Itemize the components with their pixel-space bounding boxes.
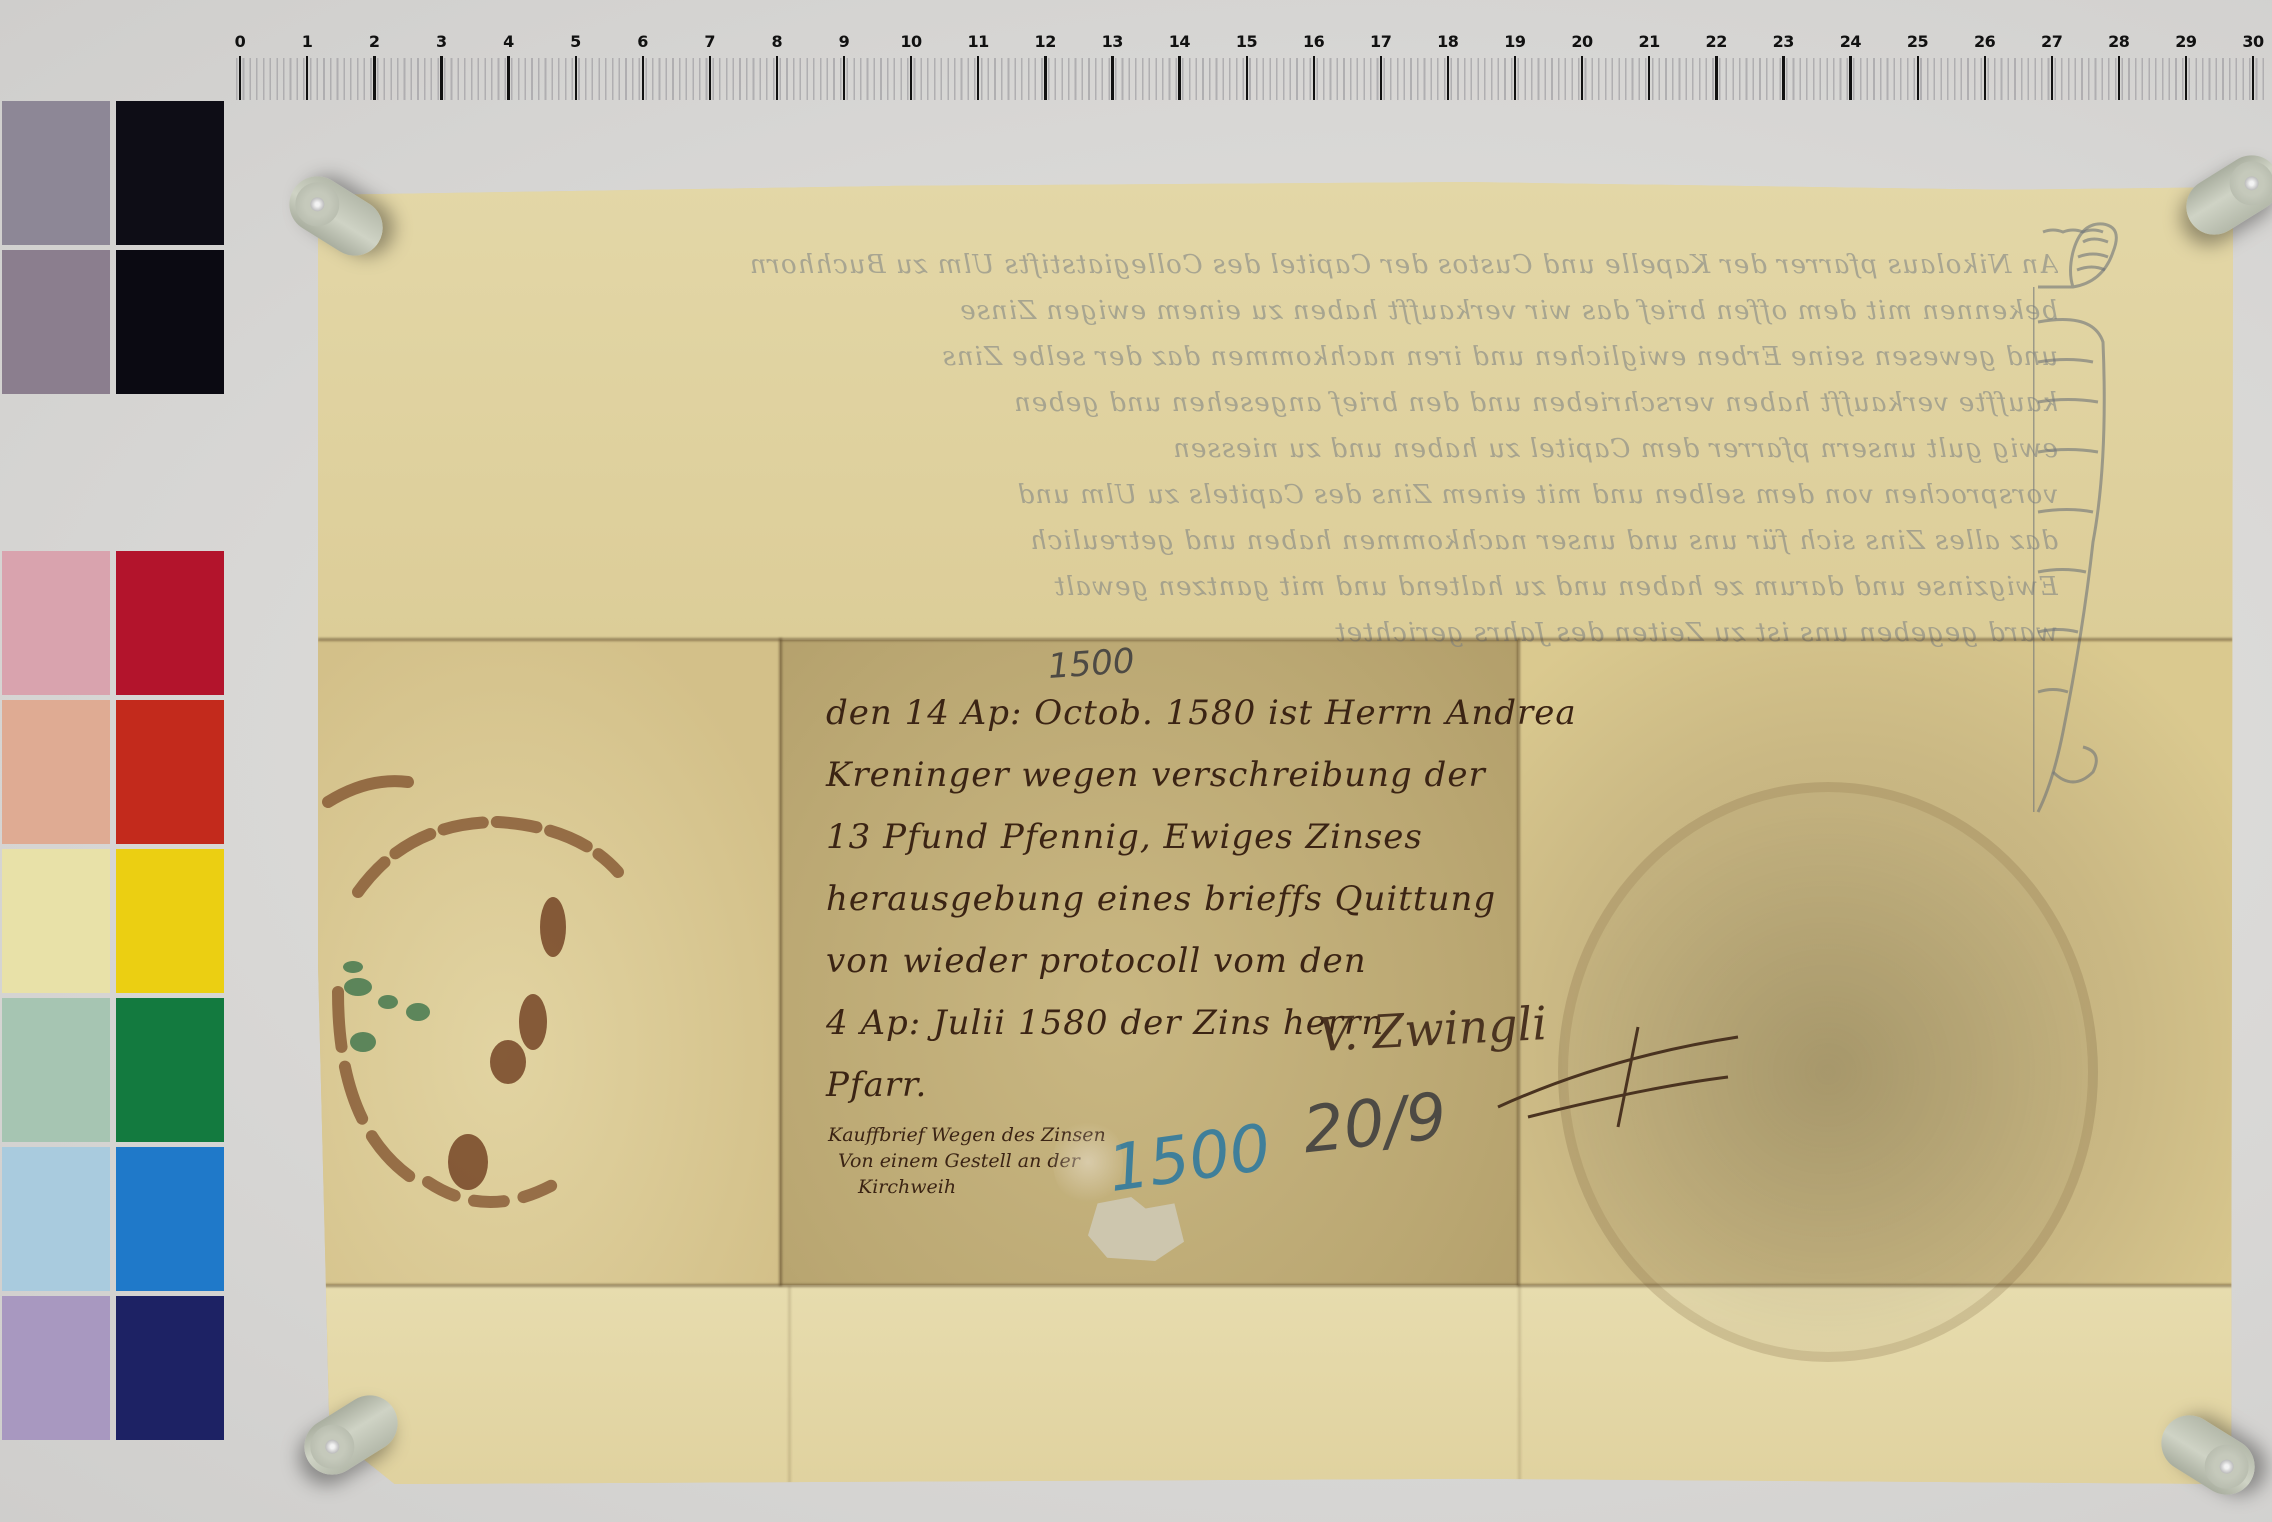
year-note: 1500 — [1047, 641, 1136, 687]
ruler-label: 24 — [1840, 32, 1861, 51]
ruler-label: 5 — [570, 32, 581, 51]
docket-line: Von einem Gestell an der — [838, 1148, 1080, 1174]
ruler-major-tick — [1917, 56, 1919, 100]
mirrored-line: daz alles Zins sich für uns und unser na… — [338, 518, 2058, 564]
endorsement-line: 4 Ap: Julii 1580 der Zins herrn — [826, 992, 1384, 1054]
color-swatch-crimson — [116, 551, 224, 695]
ruler-label: 9 — [839, 32, 850, 51]
mirrored-line: vorsprochen von dem selben und mit einem… — [338, 472, 2058, 518]
measuring-scale: 0123456789101112131415161718192021222324… — [228, 28, 2272, 104]
color-swatch-blue-light — [2, 1147, 110, 1291]
shelf-mark: 20/9 — [1300, 1080, 1451, 1169]
ruler-major-tick — [1044, 56, 1046, 100]
ruler-label: 12 — [1035, 32, 1056, 51]
color-swatch-gray-light — [2, 101, 110, 245]
ruler-major-tick — [1782, 56, 1784, 100]
ruler-major-tick — [507, 56, 509, 100]
ruler-major-tick — [1380, 56, 1382, 100]
ruler-major-tick — [239, 56, 241, 100]
pin-screw-icon — [323, 1437, 342, 1456]
ruler-major-tick — [642, 56, 644, 100]
endorsement-line: Pfarr. — [826, 1054, 927, 1116]
ruler-label: 10 — [900, 32, 921, 51]
fold-line-vertical — [788, 1286, 791, 1484]
ruler-label: 27 — [2041, 32, 2062, 51]
ruler-label: 14 — [1169, 32, 1190, 51]
ruler-graduations — [236, 58, 2266, 100]
color-swatch-blue — [116, 1147, 224, 1291]
ruler-label: 8 — [771, 32, 782, 51]
mirrored-line: und gewesen seine Erben ewiglichen und i… — [338, 334, 2058, 380]
ruler-major-tick — [910, 56, 912, 100]
mirrored-line: bekennen mit dem offen brief das wir ver… — [338, 288, 2058, 334]
ruler-label: 21 — [1638, 32, 1659, 51]
endorsement-line: von wieder protocoll vom den — [826, 930, 1367, 992]
ruler-label: 15 — [1236, 32, 1257, 51]
fold-line-vertical — [1518, 1286, 1521, 1484]
color-swatch-yellow — [116, 849, 224, 993]
ruler-label: 4 — [503, 32, 514, 51]
ruler-label: 25 — [1907, 32, 1928, 51]
ruler-major-tick — [977, 56, 979, 100]
fold-line-horizontal — [318, 638, 2233, 641]
ruler-major-tick — [1715, 56, 1717, 100]
pin-screw-icon — [2217, 1457, 2236, 1476]
mirrored-line: ewig gult unsern pfarrer dem Capitel zu … — [338, 426, 2058, 472]
ruler-major-tick — [1246, 56, 1248, 100]
ruler-major-tick — [2185, 56, 2187, 100]
color-swatch-black-2 — [116, 250, 224, 394]
ruler-major-tick — [1984, 56, 1986, 100]
ruler-label: 29 — [2175, 32, 2196, 51]
ruler-major-tick — [2252, 56, 2254, 100]
ruler-label: 13 — [1102, 32, 1123, 51]
ruler-major-tick — [2051, 56, 2053, 100]
color-swatch-red-orange — [116, 700, 224, 844]
fold-line-vertical — [779, 638, 782, 1286]
ruler-label: 22 — [1706, 32, 1727, 51]
ruler-label: 28 — [2108, 32, 2129, 51]
ruler-label: 17 — [1370, 32, 1391, 51]
ruler-label: 16 — [1303, 32, 1324, 51]
ruler-label: 11 — [967, 32, 988, 51]
ruler-major-tick — [1111, 56, 1113, 100]
ruler-major-tick — [1447, 56, 1449, 100]
endorsement-line: 13 Pfund Pfennig, Ewiges Zinses — [826, 806, 1423, 868]
color-swatch-yellow-light — [2, 849, 110, 993]
ruler-major-tick — [1313, 56, 1315, 100]
ruler-label: 19 — [1504, 32, 1525, 51]
ruler-label: 7 — [704, 32, 715, 51]
ruler-label: 0 — [235, 32, 246, 51]
ruler-major-tick — [843, 56, 845, 100]
mirrored-line: kauffte verkaufft haben verschrieben und… — [338, 380, 2058, 426]
ruler-major-tick — [709, 56, 711, 100]
ruler-major-tick — [1178, 56, 1180, 100]
parchment-document: An Nikolaus pfarrer der Kapelle und Cust… — [318, 182, 2233, 1484]
ruler-label: 18 — [1437, 32, 1458, 51]
ruler-label: 26 — [1974, 32, 1995, 51]
color-swatch-pink-light — [2, 551, 110, 695]
ruler-label: 20 — [1571, 32, 1592, 51]
ruler-label: 30 — [2242, 32, 2263, 51]
ruler-major-tick — [440, 56, 442, 100]
color-swatch-black-1 — [116, 101, 224, 245]
docket-line: Kirchweih — [858, 1174, 956, 1200]
pin-screw-icon — [308, 195, 327, 214]
ruler-label: 1 — [302, 32, 313, 51]
ruler-major-tick — [776, 56, 778, 100]
ruler-major-tick — [1648, 56, 1650, 100]
ruler-major-tick — [1849, 56, 1851, 100]
abrasion-spot — [1053, 1117, 1123, 1207]
color-swatch-navy — [116, 1296, 224, 1440]
ruler-major-tick — [1514, 56, 1516, 100]
color-swatch-salmon-light — [2, 700, 110, 844]
color-swatch-green — [116, 998, 224, 1142]
endorsement-line: Kreninger wegen verschreibung der — [826, 744, 1486, 806]
color-swatch-lavender — [2, 1296, 110, 1440]
mirrored-line: ward gegeben uns ist zu Zeiten des Jahrs… — [338, 610, 2058, 656]
decorated-initial-icon — [2033, 212, 2153, 832]
ruler-label: 2 — [369, 32, 380, 51]
color-swatch-gray-mauve — [2, 250, 110, 394]
ruler-major-tick — [373, 56, 375, 100]
mirrored-line: Ewigzinse und darum ze haben und zu halt… — [338, 564, 2058, 610]
ruler-major-tick — [306, 56, 308, 100]
endorsement-line: herausgebung eines brieffs Quittung — [826, 868, 1496, 930]
seal-stain-icon — [318, 752, 758, 1292]
ruler-label: 23 — [1773, 32, 1794, 51]
ruler-label: 6 — [637, 32, 648, 51]
pin-screw-icon — [2242, 174, 2261, 193]
ruler-label: 3 — [436, 32, 447, 51]
color-swatch-green-light — [2, 998, 110, 1142]
ruler-major-tick — [2118, 56, 2120, 100]
ruler-major-tick — [575, 56, 577, 100]
mirrored-text-block: An Nikolaus pfarrer der Kapelle und Cust… — [338, 242, 2058, 656]
ruler-major-tick — [1581, 56, 1583, 100]
endorsement-line: den 14 Ap: Octob. 1580 ist Herrn Andrea — [826, 682, 1577, 744]
mirrored-line: An Nikolaus pfarrer der Kapelle und Cust… — [338, 242, 2058, 288]
signature-flourish-icon — [1488, 1017, 1758, 1137]
